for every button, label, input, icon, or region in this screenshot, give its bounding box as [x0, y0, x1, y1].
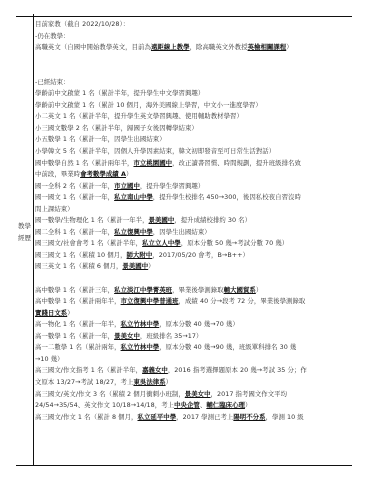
line-text: 國中數學自然 1 名（累計兩年半，	[35, 159, 133, 167]
line-text: 高職英文（自國中開始教學英文，目前為	[35, 43, 151, 51]
line-text: 小學韓文 5 名（累計半年，因個人升學因素結束，韓文初即發音至可日常生活對話）	[35, 147, 275, 155]
highlighted-school: 景美女中	[185, 390, 211, 398]
experience-line: -仍在教學：	[35, 31, 351, 43]
experience-line: 24/54→35/54、英文作文 10/18→14/18，考上中央企管、輔仁臨床…	[35, 400, 351, 412]
line-text: 中前段，畢業時	[35, 170, 80, 178]
experience-line: 小學韓文 5 名（累計半年，因個人升學因素結束，韓文初即發音至可日常生活對話）	[35, 146, 351, 158]
experience-line: -已經結束：	[35, 77, 351, 89]
line-text: 高一物化 1 名（累計一年半，	[35, 320, 121, 328]
teaching-experience-table: 教學 經歷 目前家教（截自 2022/10/28）：-仍在教學：高職英文（自國中…	[16, 16, 352, 466]
line-text: 高中數學 1 名（累計兩年半，	[35, 297, 121, 305]
line-text: ，成績 40 分→段考 72 分，畢業後學測錄取	[179, 297, 306, 305]
highlighted-school: 私立延平中學	[138, 413, 177, 421]
experience-line: 國中數學自然 1 名（累計兩年半，市立桃園國中，改正讀書習慣、時間規劃，提升班級…	[35, 158, 351, 170]
line-text: ）	[256, 286, 262, 294]
experience-line: 小二英文 1 名（累計半年，提升學生英文學習興趣、使用輔助教材學習）	[35, 111, 351, 123]
line-text: ）	[126, 170, 132, 178]
blank-line	[35, 65, 351, 77]
highlighted-school: 輔仁臨床心理	[206, 401, 245, 409]
experience-line: 高三國文/作文 1 名（累計 8 個月，私立延平中學，2017 學測已考上陽明不…	[35, 412, 351, 424]
experience-line: →10 幾）	[35, 354, 351, 366]
highlighted-school: 輔大國貿系	[224, 286, 256, 294]
line-text: ）	[286, 43, 292, 51]
line-text: ，提升學生學習興趣）	[140, 182, 204, 190]
experience-line: 國二全科 1 名（累計一年，私立復興中學，因學生出國結束）	[35, 227, 351, 239]
line-text: 國三國文/社會會考 1 名（累計半年，	[35, 239, 142, 247]
highlighted-school: 私立立人中學	[142, 239, 181, 247]
line-text: →10 幾）	[35, 355, 64, 363]
line-text: 國二全科 1 名（累計一年，	[35, 228, 114, 236]
highlighted-school: 市立國中	[114, 182, 140, 190]
line-text: 24/54→35/54、英文作文 10/18→14/18，考上	[35, 401, 174, 409]
highlighted-school: 遠距線上教學	[151, 43, 190, 51]
highlighted-school: 景美國中	[122, 262, 148, 270]
experience-line: 高一二數學 1 名（累計兩年，私立竹林中學，原本分數 40 幾→90 幾，班級單…	[35, 342, 351, 354]
experience-line: 國三英文 1 名（累積 6 個月，景美國中）	[35, 261, 351, 273]
experience-content: 目前家教（截自 2022/10/28）：-仍在教學：高職英文（自國中開始教學英文…	[35, 19, 351, 423]
highlighted-school: 師大附中	[127, 251, 153, 259]
experience-line: 高一物化 1 名（累計一年半，私立竹林中學，原本分數 40 幾→70 幾）	[35, 319, 351, 331]
line-text: ，提升成績校排約 30 名）	[174, 216, 251, 224]
experience-line: 小五數學 1 名（累計一年，因學生出國結束）	[35, 134, 351, 146]
blank-line	[35, 273, 351, 285]
highlighted-school: 私立復興中學	[114, 228, 153, 236]
line-text: ，改正讀書習慣、時間規劃，提升班級排名致	[172, 159, 301, 167]
highlighted-school: 私立竹林中學	[121, 320, 160, 328]
line-text: 目前家教（截自 2022/10/28）：	[35, 20, 129, 28]
experience-line: 小三國文數學 2 名（累計半年，歸國子女後因轉學結束）	[35, 123, 351, 135]
line-text: ，原本分數 40 幾→90 幾，班級單科排名 30 幾	[159, 343, 296, 351]
experience-line: 國一全科 2 名（累計一年，市立國中，提升學生學習興趣）	[35, 181, 351, 193]
line-text: 高中數學 1 名（累計三年，	[35, 286, 114, 294]
section-label: 教學 經歷	[16, 220, 33, 244]
line-text: ）	[166, 378, 172, 386]
highlighted-school: 陽明不分系	[233, 413, 265, 421]
line-text: ，原本分數 50 幾→考試分數 70 幾）	[181, 239, 288, 247]
blank-line	[35, 54, 351, 66]
experience-line: 國一數學/生物理化 1 名（累計一年半，景美國中，提升成績校排約 30 名）	[35, 215, 351, 227]
line-text: 高三國文/英文/作文 3 名（累積 2 個月衝刺小班制，	[35, 390, 185, 398]
highlighted-school: 景美女中	[114, 332, 140, 340]
experience-line: 實踐日文系）	[35, 308, 351, 320]
line-text: ）	[148, 262, 154, 270]
highlighted-school: 市立桃園國中	[133, 159, 172, 167]
experience-line: 國三國文/社會會考 1 名（累計半年，私立立人中學，原本分數 50 幾→考試分數…	[35, 238, 351, 250]
line-text: ，提升學生校排名 450→300，後因私校夜自習沒時	[153, 193, 301, 201]
line-text: -已經結束：	[35, 78, 70, 86]
line-text: ，學測 10 級	[266, 413, 304, 421]
highlighted-school: 私立南山中學	[114, 193, 153, 201]
line-text: 國一數學/生物理化 1 名（累計一年半，	[35, 216, 149, 224]
line-text: 小二英文 1 名（累計半年，提升學生英文學習興趣、使用輔助教材學習）	[35, 112, 243, 120]
line-text: -仍在教學：	[35, 32, 70, 40]
highlighted-school: 東吳法律系	[133, 378, 165, 386]
line-text: 學齡前中文啟蒙 1 名（累計半年，提升學生中文學習興趣）	[35, 89, 204, 97]
line-text: ，2017/05/20 會考，B→B++）	[152, 251, 249, 259]
line-text: 高一數學 1 名（累計一年，	[35, 332, 114, 340]
line-text: ，除高職英文外教授	[190, 43, 248, 51]
experience-line: 目前家教（截自 2022/10/28）：	[35, 19, 351, 31]
line-text: 國一國文 1 名（累計一年，	[35, 193, 114, 201]
experience-line: 國一國文 1 名（累計一年，私立南山中學，提升學生校排名 450→300，後因私…	[35, 192, 351, 204]
line-text: 文原本 13/27→考試 18/27，考上	[35, 378, 133, 386]
line-text: 國一全科 2 名（累計一年，	[35, 182, 114, 190]
line-text: ，因學生出國結束）	[153, 228, 211, 236]
line-text: 高三國文/作文指考 1 名（累計半年，	[35, 366, 142, 374]
experience-line: 中前段，畢業時會考數學成績 A）	[35, 169, 351, 181]
highlighted-school: 中央企管	[174, 401, 200, 409]
highlighted-school: 嘉義女中	[142, 366, 168, 374]
line-text: ，2017 學測已考上	[176, 413, 233, 421]
highlighted-school: 私立淡江中學菁英班	[114, 286, 172, 294]
line-text: ，班級排名 35→17）	[140, 332, 203, 340]
highlighted-school: 會考數學成績 A	[80, 170, 126, 178]
line-text: 間上課結束）	[35, 205, 74, 213]
line-text: 學齡前中文啟蒙 1 名（累計 10 個月，海外美國線上學習，中文小一進度學習）	[35, 101, 262, 109]
line-text: ，原本分數 40 幾→70 幾）	[159, 320, 239, 328]
line-text: ，2016 指考選擇題原本 20 幾→考試 35 分；作	[168, 366, 307, 374]
experience-line: 高一數學 1 名（累計一年，景美女中，班級排名 35→17）	[35, 331, 351, 343]
experience-line: 學齡前中文啟蒙 1 名（累計半年，提升學生中文學習興趣）	[35, 88, 351, 100]
highlighted-school: 實踐日文系	[35, 309, 67, 317]
line-text: 國三國文 1 名（累積 10 個月，	[35, 251, 127, 259]
line-text: 小五數學 1 名（累計一年，因學生出國結束）	[35, 135, 166, 143]
experience-line: 間上課結束）	[35, 204, 351, 216]
line-text: 高一二數學 1 名（累計兩年，	[35, 343, 121, 351]
experience-line: 學齡前中文啟蒙 1 名（累計 10 個月，海外美國線上學習，中文小一進度學習）	[35, 100, 351, 112]
highlighted-school: 英檢相關課程	[248, 43, 287, 51]
highlighted-school: 景美國中	[149, 216, 175, 224]
experience-line: 國三國文 1 名（累積 10 個月，師大附中，2017/05/20 會考，B→B…	[35, 250, 351, 262]
line-text: ，畢業後學測錄取	[172, 286, 224, 294]
highlighted-school: 私立竹林中學	[121, 343, 160, 351]
column-divider	[33, 14, 34, 465]
experience-line: 文原本 13/27→考試 18/27，考上東吳法律系）	[35, 377, 351, 389]
experience-line: 高中數學 1 名（累計三年，私立淡江中學菁英班，畢業後學測錄取輔大國貿系）	[35, 285, 351, 297]
section-label-line-2: 經歷	[16, 232, 33, 244]
highlighted-school: 市立復興中學普通班	[121, 297, 179, 305]
experience-line: 高中數學 1 名（累計兩年半，市立復興中學普通班，成績 40 分→段考 72 分…	[35, 296, 351, 308]
line-text: 國三英文 1 名（累積 6 個月，	[35, 262, 122, 270]
line-text: ）	[245, 401, 251, 409]
line-text: ，2017 指考國文作文平均	[211, 390, 288, 398]
section-label-line-1: 教學	[16, 220, 33, 232]
line-text: 高三國文/作文 1 名（累計 8 個月，	[35, 413, 138, 421]
line-text: ）	[67, 309, 73, 317]
line-text: 小三國文數學 2 名（累計半年，歸國子女後因轉學結束）	[35, 124, 198, 132]
experience-line: 高三國文/作文指考 1 名（累計半年，嘉義女中，2016 指考選擇題原本 20 …	[35, 365, 351, 377]
experience-line: 高三國文/英文/作文 3 名（累積 2 個月衝刺小班制，景美女中，2017 指考…	[35, 389, 351, 401]
experience-line: 高職英文（自國中開始教學英文，目前為遠距線上教學，除高職英文外教授英檢相關課程）	[35, 42, 351, 54]
